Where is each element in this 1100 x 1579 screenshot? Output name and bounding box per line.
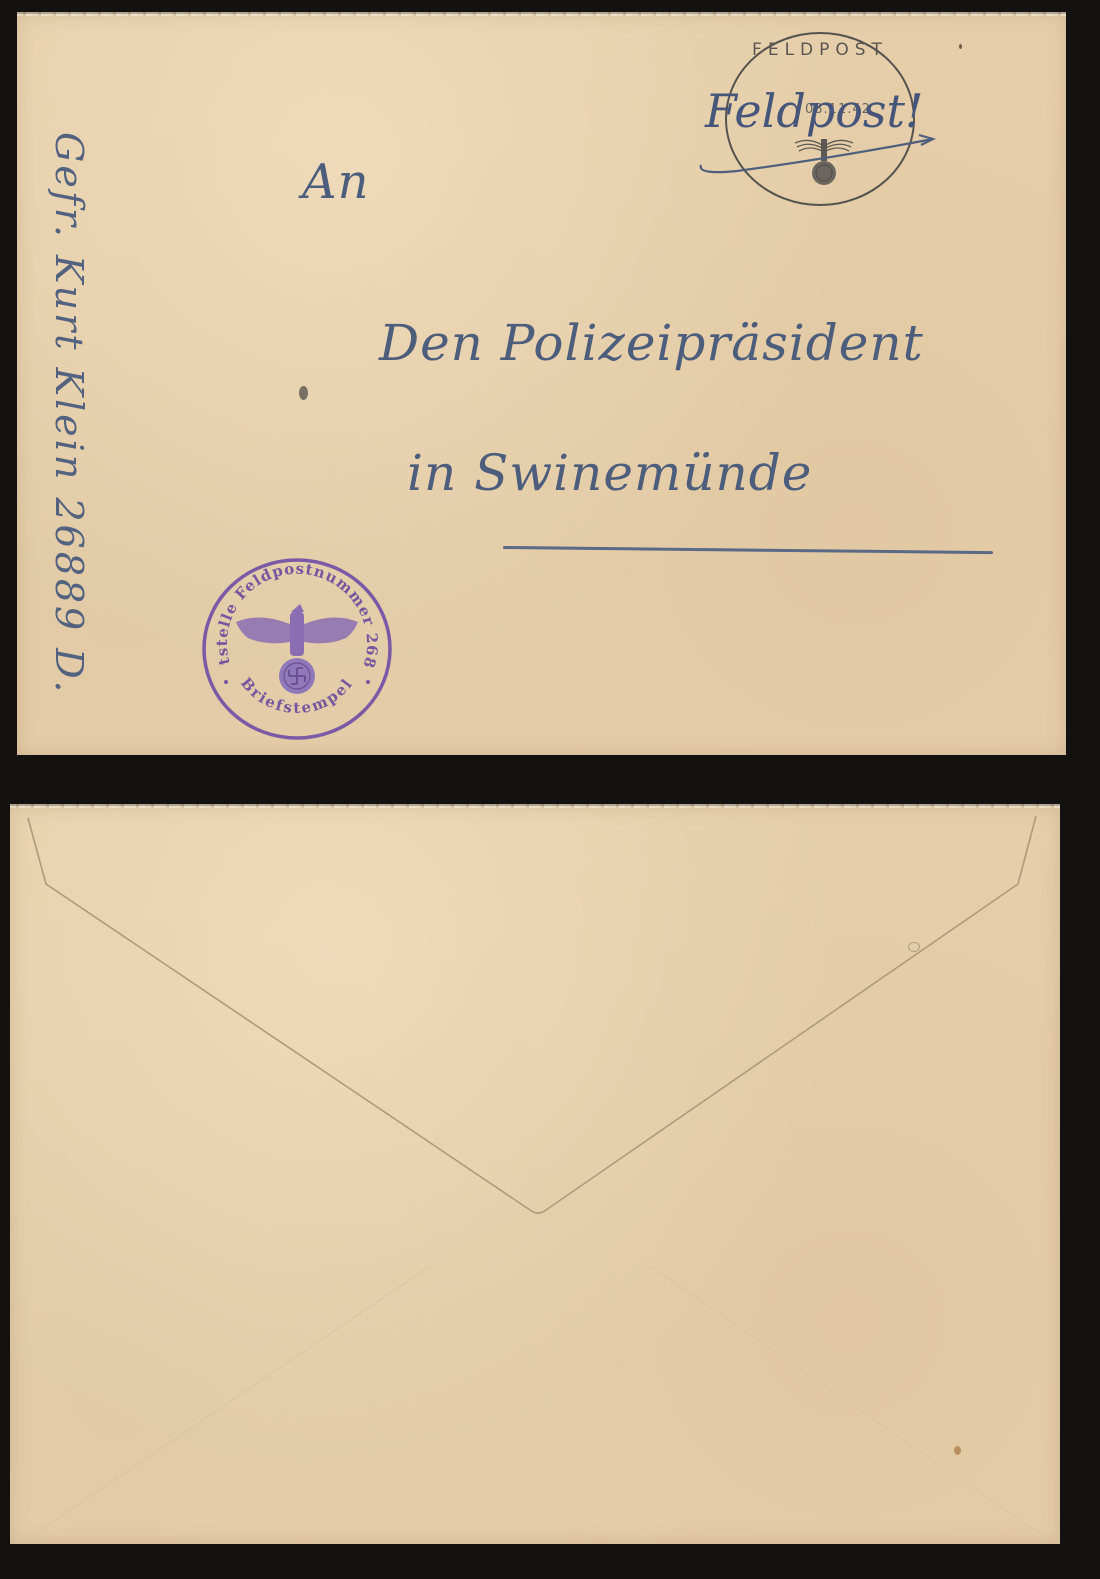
envelope-front: Gefr. Kurt Klein 26889 D. An Den Polizei… bbox=[17, 14, 1066, 755]
paper-stain bbox=[908, 942, 920, 952]
envelope-flap-lines bbox=[10, 806, 1060, 1544]
ink-blot bbox=[299, 386, 308, 400]
unit-stamp: Dienststelle Feldpostnummer 26889 D. Bri… bbox=[200, 554, 394, 744]
envelope-back bbox=[10, 806, 1060, 1544]
postmark-text: FELDPOST bbox=[727, 40, 913, 60]
address-line-an: An bbox=[302, 154, 370, 210]
handwriting-flourish bbox=[697, 129, 937, 179]
address-line-recipient: Den Polizeipräsident bbox=[379, 314, 924, 372]
paper-speck bbox=[959, 44, 962, 49]
address-line-city: in Swinemünde bbox=[407, 444, 812, 502]
paper-stain bbox=[954, 1446, 961, 1455]
torn-top-edge bbox=[17, 12, 1066, 16]
sender-handwriting: Gefr. Kurt Klein 26889 D. bbox=[47, 132, 91, 652]
eagle-emblem-icon bbox=[236, 604, 358, 656]
address-underline bbox=[503, 546, 993, 554]
